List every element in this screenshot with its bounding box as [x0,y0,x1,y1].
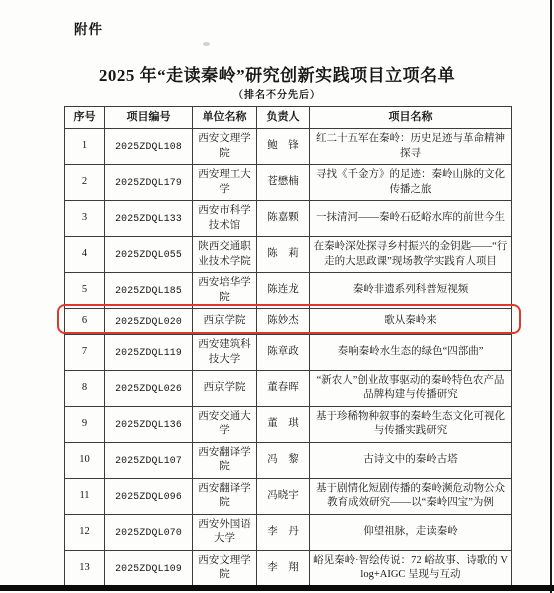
leader-cell: 李 翔 [257,550,310,586]
leader-cell: 陈妙杰 [257,309,310,335]
column-header-1: 项目编号 [105,107,193,129]
unit-cell: 西安建筑科技大学 [193,335,257,371]
code-cell: 2025ZDQL179 [105,165,193,201]
leader-cell: 陈 莉 [257,237,310,273]
unit-cell: 西安培华学院 [193,273,257,309]
code-cell: 2025ZDQL119 [105,335,193,371]
code-cell: 2025ZDQL020 [105,309,193,335]
unit-cell: 西安翻译学院 [193,442,257,478]
column-header-3: 负责人 [257,107,310,129]
serial-cell: 9 [65,406,105,442]
project-cell: 秦岭非遗系列科普短视频 [310,273,512,309]
table-row: 72025ZDQL119西安建筑科技大学陈章政奏响秦岭水生态的绿色“四部曲” [65,335,512,371]
serial-cell: 5 [65,273,105,309]
project-cell: 基于珍稀物种叙事的秦岭生态文化可视化与传播实践研究 [310,406,512,442]
serial-cell: 12 [65,514,105,550]
project-list-table: 序号项目编号单位名称负责人项目名称 12025ZDQL108西安文理学院鲍 锋红… [64,106,512,587]
code-cell: 2025ZDQL096 [105,478,193,514]
table-row: 42025ZDQL055陕西交通职业技术学院陈 莉在秦岭深处探寻乡村振兴的金钥匙… [65,237,512,273]
serial-cell: 3 [65,201,105,237]
leader-cell: 苍懋楠 [257,165,310,201]
scan-edge-right [550,0,552,593]
unit-cell: 西安市科学技术馆 [193,201,257,237]
leader-cell: 李 丹 [257,514,310,550]
project-cell: 红二十五军在秦岭：历史足迹与革命精神探寻 [310,129,512,165]
serial-cell: 10 [65,442,105,478]
unit-cell: 西安理工大学 [193,165,257,201]
unit-cell: 西安交通大学 [193,406,257,442]
table-row: 132025ZDQL109西安文理学院李 翔峪见秦岭·智绘传说：72 峪故事、诗… [65,550,512,586]
unit-cell: 西安翻译学院 [193,478,257,514]
document-subtitle: （排名不分先后） [0,86,554,101]
leader-cell: 董 琪 [257,406,310,442]
code-cell: 2025ZDQL055 [105,237,193,273]
scanned-document-page: 附件 2025 年“走读秦岭”研究创新实践项目立项名单 （排名不分先后） 序号项… [0,0,554,593]
serial-cell: 1 [65,129,105,165]
table-row: 12025ZDQL108西安文理学院鲍 锋红二十五军在秦岭：历史足迹与革命精神探… [65,129,512,165]
code-cell: 2025ZDQL107 [105,442,193,478]
table-row: 92025ZDQL136西安交通大学董 琪基于珍稀物种叙事的秦岭生态文化可视化与… [65,406,512,442]
leader-cell: 陈连龙 [257,273,310,309]
table-row: 32025ZDQL133西安市科学技术馆陈嘉颗一抹清河——秦岭石砭峪水库的前世今… [65,201,512,237]
table-row: 82025ZDQL026西京学院董春晖“新农人”创业故事驱动的秦岭特色农产品品牌… [65,370,512,406]
unit-cell: 西京学院 [193,309,257,335]
serial-cell: 4 [65,237,105,273]
serial-cell: 8 [65,370,105,406]
project-cell: 歌从秦岭来 [310,309,512,335]
project-cell: 仰望祖脉，走读秦岭 [310,514,512,550]
leader-cell: 陈嘉颗 [257,201,310,237]
code-cell: 2025ZDQL108 [105,129,193,165]
serial-cell: 7 [65,335,105,371]
serial-cell: 13 [65,550,105,586]
table-header-row: 序号项目编号单位名称负责人项目名称 [65,107,512,129]
project-cell: 一抹清河——秦岭石砭峪水库的前世今生 [310,201,512,237]
unit-cell: 陕西交通职业技术学院 [193,237,257,273]
table-row: 52025ZDQL185西安培华学院陈连龙秦岭非遗系列科普短视频 [65,273,512,309]
code-cell: 2025ZDQL070 [105,514,193,550]
project-cell: 在秦岭深处探寻乡村振兴的金钥匙——“行走的大思政课”现场教学实践育人项目 [310,237,512,273]
table-row: 122025ZDQL070西安外国语大学李 丹仰望祖脉，走读秦岭 [65,514,512,550]
unit-cell: 西安外国语大学 [193,514,257,550]
table-row: 22025ZDQL179西安理工大学苍懋楠寻找《千金方》的足迹：秦岭山脉的文化传… [65,165,512,201]
unit-cell: 西安文理学院 [193,550,257,586]
code-cell: 2025ZDQL109 [105,550,193,586]
project-cell: 基于剧情化短剧传播的秦岭濒危动物公众教育成效研究——以“秦岭四宝”为例 [310,478,512,514]
scan-smudge [203,42,210,46]
project-cell: 奏响秦岭水生态的绿色“四部曲” [310,335,512,371]
project-cell: “新农人”创业故事驱动的秦岭特色农产品品牌构建与传播研究 [310,370,512,406]
column-header-2: 单位名称 [193,107,257,129]
attachment-label: 附件 [74,18,103,38]
project-table-wrap: 序号项目编号单位名称负责人项目名称 12025ZDQL108西安文理学院鲍 锋红… [64,106,511,587]
scan-edge-bottom [0,585,554,591]
leader-cell: 陈章政 [257,335,310,371]
serial-cell: 6 [65,309,105,335]
project-cell: 峪见秦岭·智绘传说：72 峪故事、诗歌的 Vlog+AIGC 呈现与互动 [310,550,512,586]
column-header-0: 序号 [65,107,105,129]
unit-cell: 西安文理学院 [193,129,257,165]
leader-cell: 冯晓宇 [257,478,310,514]
column-header-4: 项目名称 [310,107,512,129]
project-cell: 寻找《千金方》的足迹：秦岭山脉的文化传播之旅 [310,165,512,201]
code-cell: 2025ZDQL026 [105,370,193,406]
code-cell: 2025ZDQL185 [105,273,193,309]
document-title: 2025 年“走读秦岭”研究创新实践项目立项名单 [0,61,554,86]
code-cell: 2025ZDQL133 [105,201,193,237]
leader-cell: 冯 黎 [257,442,310,478]
unit-cell: 西京学院 [193,370,257,406]
project-cell: 古诗文中的秦岭古塔 [310,442,512,478]
table-row: 102025ZDQL107西安翻译学院冯 黎古诗文中的秦岭古塔 [65,442,512,478]
leader-cell: 鲍 锋 [257,129,310,165]
leader-cell: 董春晖 [257,370,310,406]
table-row: 62025ZDQL020西京学院陈妙杰歌从秦岭来 [65,309,512,335]
table-row: 112025ZDQL096西安翻译学院冯晓宇基于剧情化短剧传播的秦岭濒危动物公众… [65,478,512,514]
serial-cell: 2 [65,165,105,201]
code-cell: 2025ZDQL136 [105,406,193,442]
serial-cell: 11 [65,478,105,514]
